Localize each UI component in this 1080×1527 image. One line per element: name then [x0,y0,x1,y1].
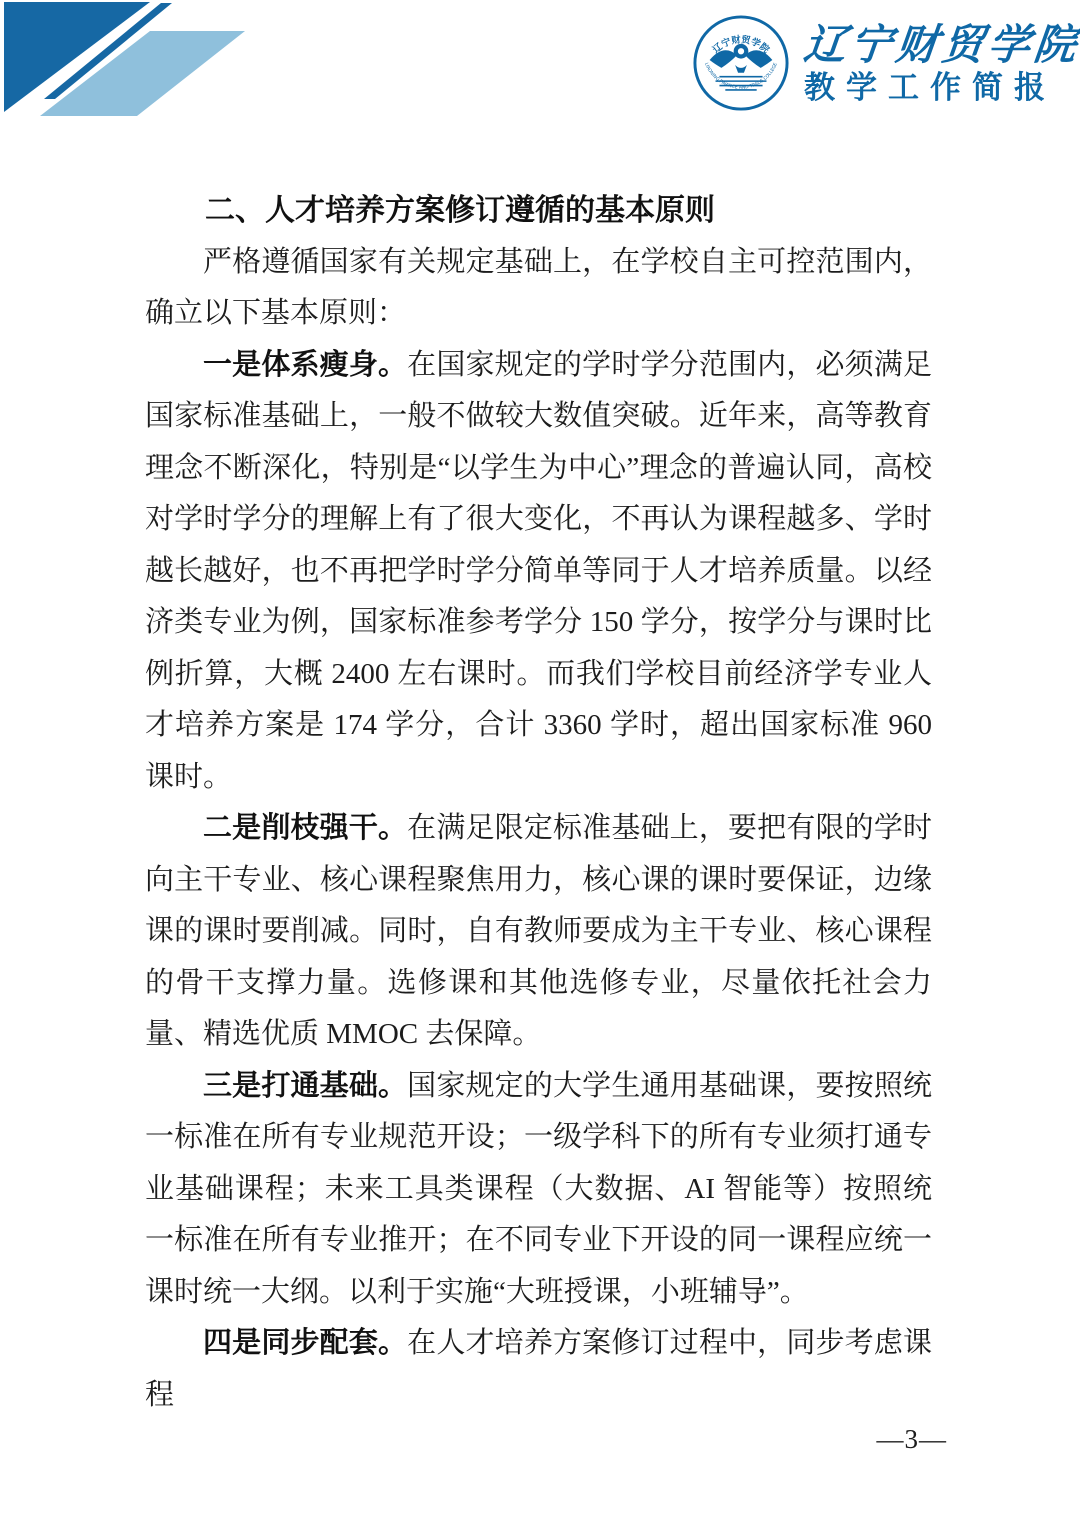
paragraph-text: 国家规定的大学生通用基础课，要按照统一标准在所有专业规范开设；一级学科下的所有专… [145,1070,932,1308]
document-page: 辽宁财贸学院 LIAONING FINANCE AND TRADE COLLEG… [0,0,1080,1527]
paragraph-list: 严格遵循国家有关规定基础上，在学校自主可控范围内，确立以下基本原则： 一是体系瘦… [145,237,932,1422]
document-body: 二、人才培养方案修订遵循的基本原则 严格遵循国家有关规定基础上，在学校自主可控范… [145,185,932,1421]
page-header: 辽宁财贸学院 LIAONING FINANCE AND TRADE COLLEG… [0,0,1080,125]
school-brand-block: 辽宁财贸学院 LIAONING FINANCE AND TRADE COLLEG… [692,14,1067,116]
emblem-outer-ring [695,17,787,109]
paragraph-text: 在国家规定的学时学分范围内，必须满足国家标准基础上，一般不做较大数值突破。近年来… [145,349,932,793]
body-paragraph: 三是打通基础。国家规定的大学生通用基础课，要按照统一标准在所有专业规范开设；一级… [145,1061,932,1319]
school-emblem-logo: 辽宁财贸学院 LIAONING FINANCE AND TRADE COLLEG… [692,14,790,112]
body-paragraph: 一是体系瘦身。在国家规定的学时学分范围内，必须满足国家标准基础上，一般不做较大数… [145,340,932,804]
corner-decoration-graphic [0,0,260,120]
body-paragraph: 四是同步配套。在人才培养方案修订过程中，同步考虑课程 [145,1318,932,1421]
paragraph-text: 在满足限定标准基础上，要把有限的学时向主干专业、核心课程聚焦用力，核心课的课时要… [145,812,932,1050]
paragraph-lead-bold: 二是削枝强干。 [203,812,407,844]
school-name-calligraphy: 辽宁财贸学院 [802,22,1080,68]
bulletin-title: 教学工作简报 [804,68,1080,108]
paragraph-lead-bold: 四是同步配套。 [203,1327,407,1359]
paragraph-lead-bold: 三是打通基础。 [203,1070,407,1102]
body-paragraph: 二是削枝强干。在满足限定标准基础上，要把有限的学时向主干专业、核心课程聚焦用力，… [145,803,932,1061]
body-paragraph: 严格遵循国家有关规定基础上，在学校自主可控范围内，确立以下基本原则： [145,237,932,340]
paragraph-text: 严格遵循国家有关规定基础上，在学校自主可控范围内，确立以下基本原则： [145,246,932,330]
page-number: —3— [877,1424,948,1455]
brand-text-block: 辽宁财贸学院 教学工作简报 [804,14,1080,116]
section-heading: 二、人才培养方案修订遵循的基本原则 [145,185,932,237]
paragraph-lead-bold: 一是体系瘦身。 [203,349,407,381]
